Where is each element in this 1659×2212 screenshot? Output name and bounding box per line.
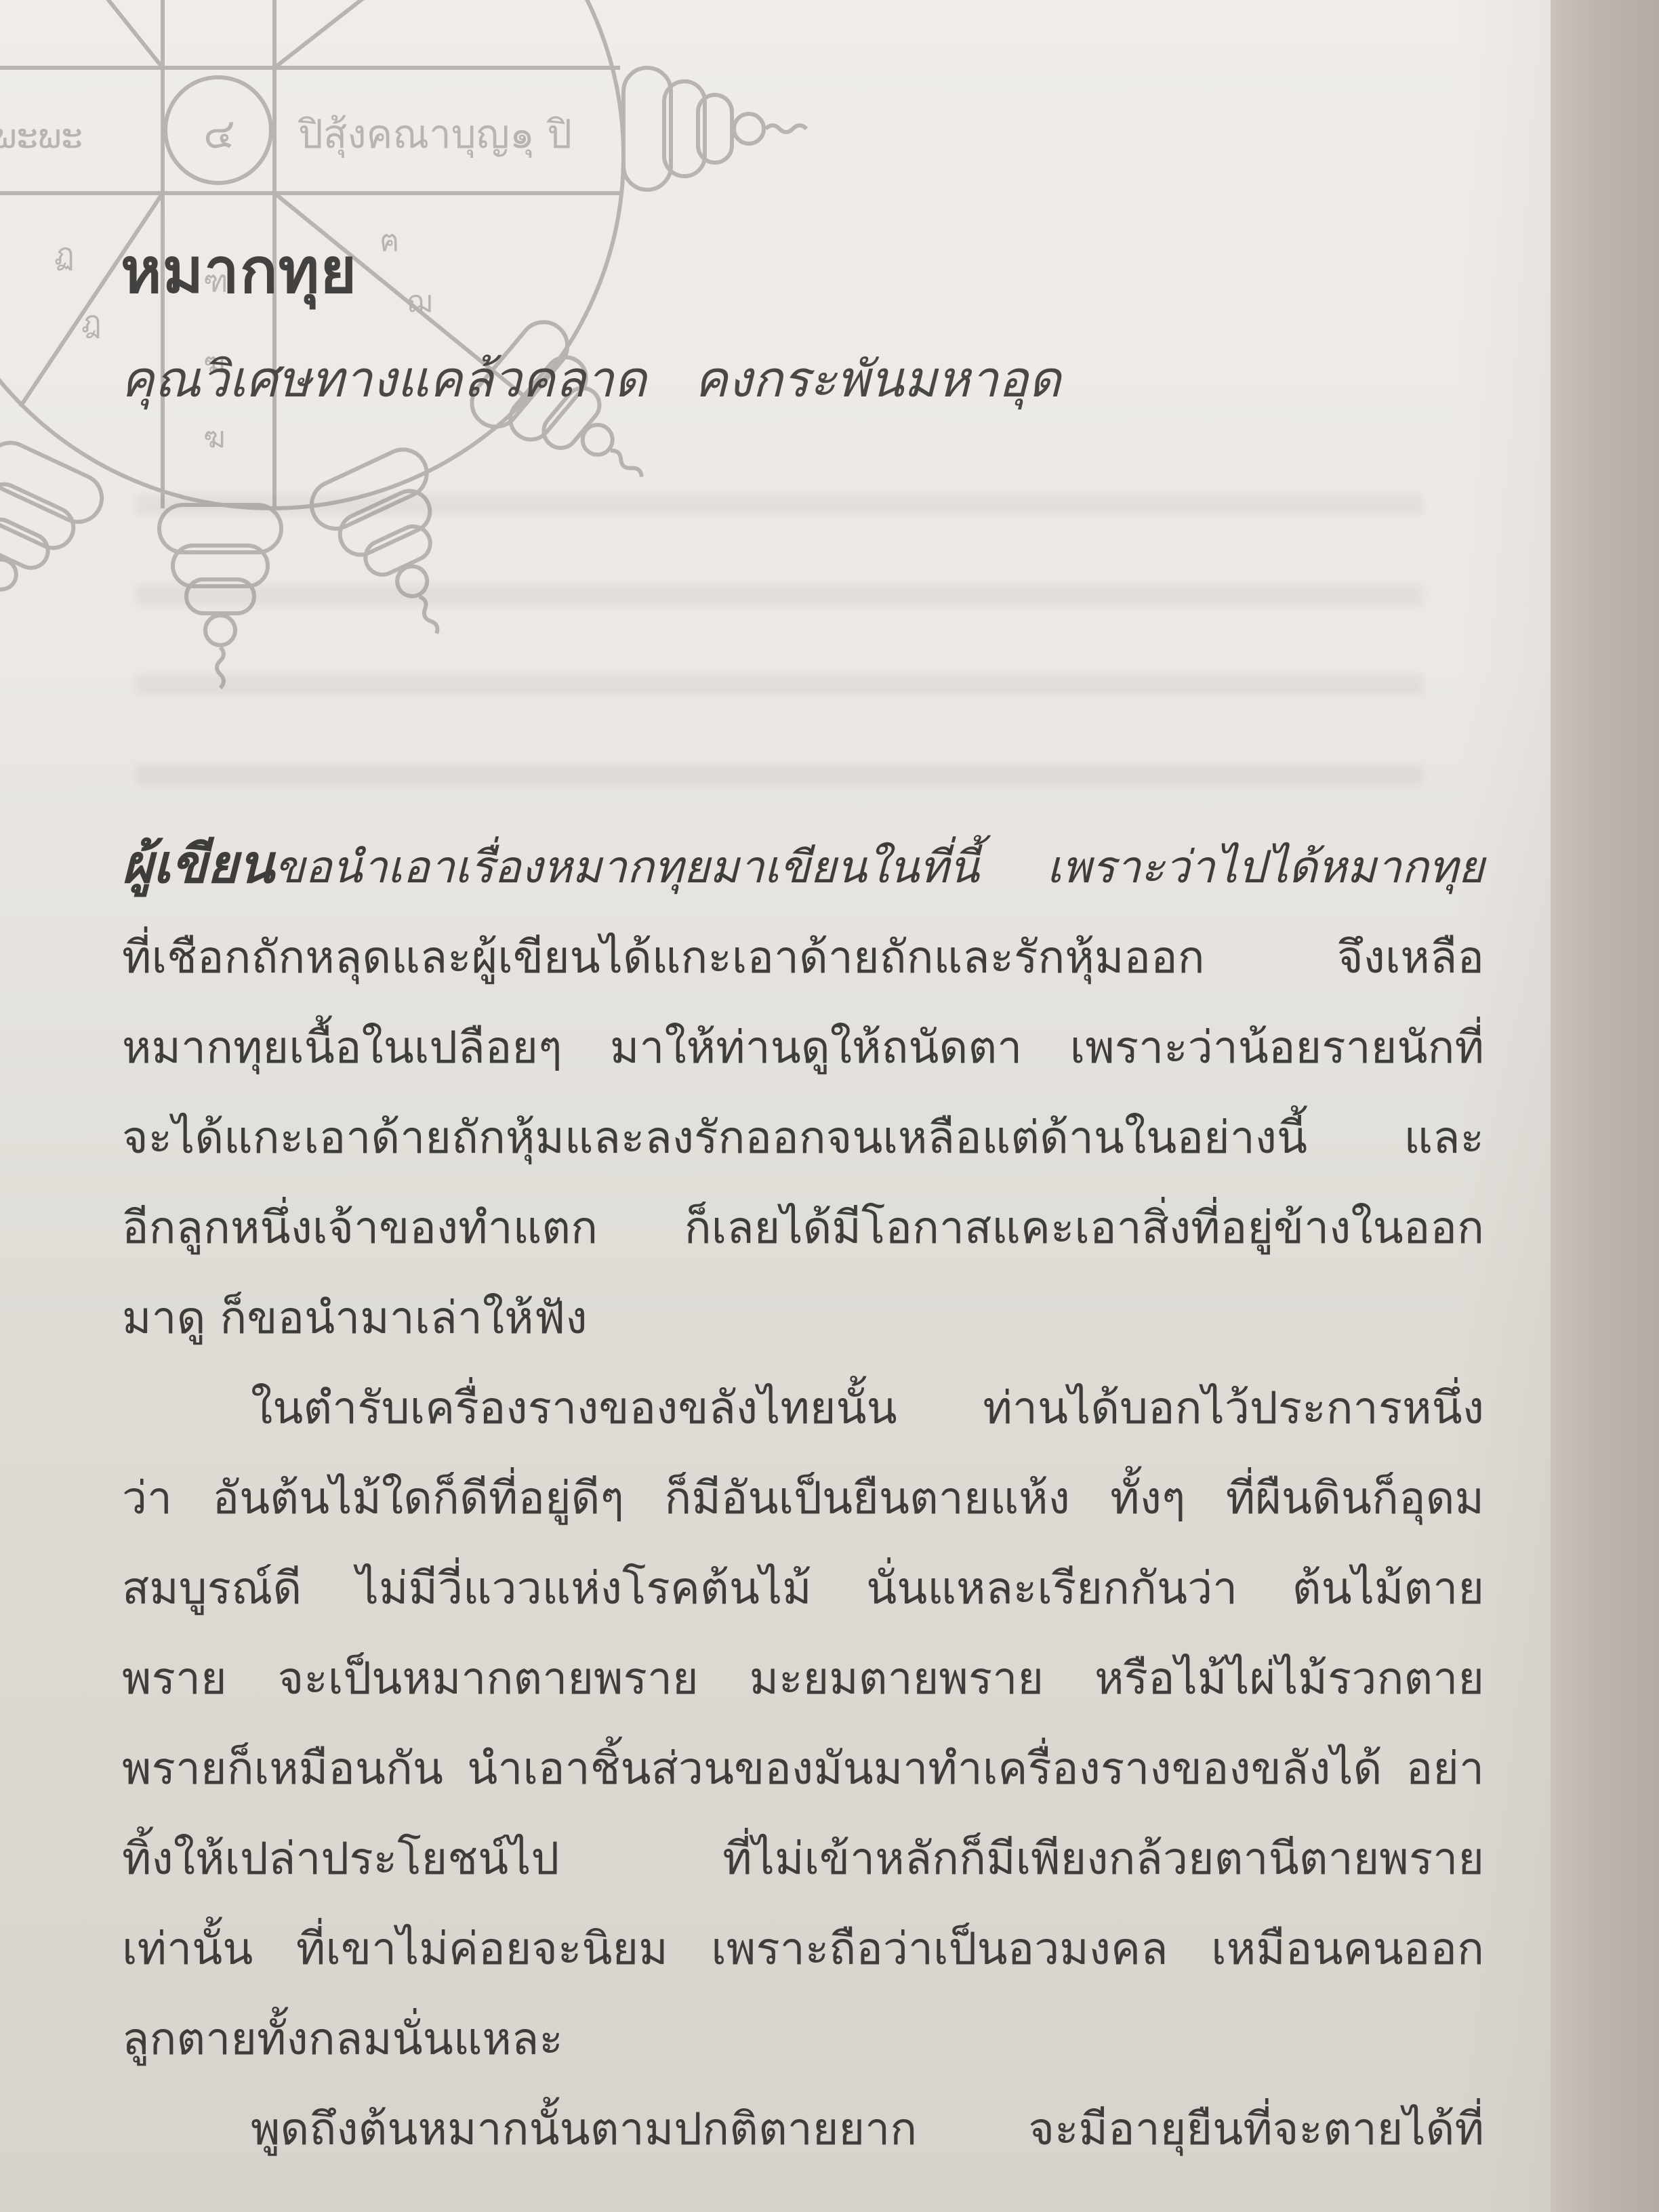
paragraph-1-line-3: หมากทุยเนื้อในเปลือยๆ มาให้ท่านดูให้ถนัด…: [122, 1002, 1484, 1092]
bleed-through-text: [136, 474, 1423, 813]
book-gutter: [1551, 0, 1659, 2212]
paragraph-2-line-1: ในตำรับเครื่องรางของขลังไทยนั้น ท่านได้บ…: [122, 1363, 1484, 1453]
paragraph-2-line-8: ลูกตายทั้งกลมนั่นแหละ: [122, 1994, 1484, 2084]
paragraph-1-line-4: จะได้แกะเอาด้ายถักหุ้มและลงรักออกจนเหลือ…: [122, 1092, 1484, 1183]
paragraph-2-line-6: ทิ้งให้เปล่าประโยชน์ไป ที่ไม่เข้าหลักก็ม…: [122, 1814, 1484, 1904]
svg-text:ฏ: ฏ: [54, 237, 75, 272]
svg-text:ฆ: ฆ: [203, 420, 226, 455]
book-page: ๔ ปิสุ้งคณาบุญ๑ุ ปิ ພະພະ: [0, 0, 1579, 2212]
paragraph-2-line-5: พรายก็เหมือนกัน นำเอาชิ้นส่วนของมันมาทำเ…: [122, 1723, 1484, 1814]
paragraph-1-line-5: อีกลูกหนึ่งเจ้าของทำแตก ก็เลยได้มีโอกาสแ…: [122, 1183, 1484, 1273]
chapter-subtitle: คุณวิเศษทางแคล้วคลาด คงกระพันมหาอุด: [121, 339, 1061, 419]
svg-text:ฎ: ฎ: [81, 305, 102, 340]
paragraph-1-line-6: มาดู ก็ขอนำมาเล่าให้ฟัง: [122, 1273, 1484, 1363]
paragraph-2-line-2: ว่า อันต้นไม้ใดก็ดีที่อยู่ดีๆ ก็มีอันเป็…: [122, 1453, 1484, 1543]
paragraph-2-line-3: สมบูรณ์ดี ไม่มีวี่แววแห่งโรคต้นไม้ นั่นแ…: [122, 1543, 1484, 1633]
lead-word: ผู้เขียน: [122, 834, 274, 895]
svg-text:ฌ: ฌ: [407, 285, 432, 319]
paragraph-3-line-1: พูดถึงต้นหมากนั้นตามปกติตายยาก จะมีอายุย…: [122, 2084, 1484, 2174]
paragraph-1-line-2: ที่เชือกถักหลุดและผู้เขียนได้แกะเอาด้ายถ…: [122, 912, 1484, 1002]
svg-text:๔: ๔: [203, 108, 235, 158]
chapter-title: หมากทุย: [121, 220, 357, 320]
svg-text:ปิสุ้งคณาบุญ๑ุ ปิ: ปิสุ้งคณาบุญ๑ุ ปิ: [298, 111, 572, 159]
svg-text:ฅ: ฅ: [380, 224, 399, 258]
paragraph-2-line-7: เท่านั้น ที่เขาไม่ค่อยจะนิยม เพราะถือว่า…: [122, 1904, 1484, 1994]
paragraph-2-line-4: พราย จะเป็นหมากตายพราย มะยมตายพราย หรือไ…: [122, 1633, 1484, 1723]
svg-text:ພະພະ: ພະພະ: [0, 117, 83, 156]
body-text: ผู้เขียนขอนำเอาเรื่องหมากทุยมาเขียนในที่…: [122, 820, 1484, 2174]
paragraph-1-line-1: ผู้เขียนขอนำเอาเรื่องหมากทุยมาเขียนในที่…: [122, 820, 1484, 912]
